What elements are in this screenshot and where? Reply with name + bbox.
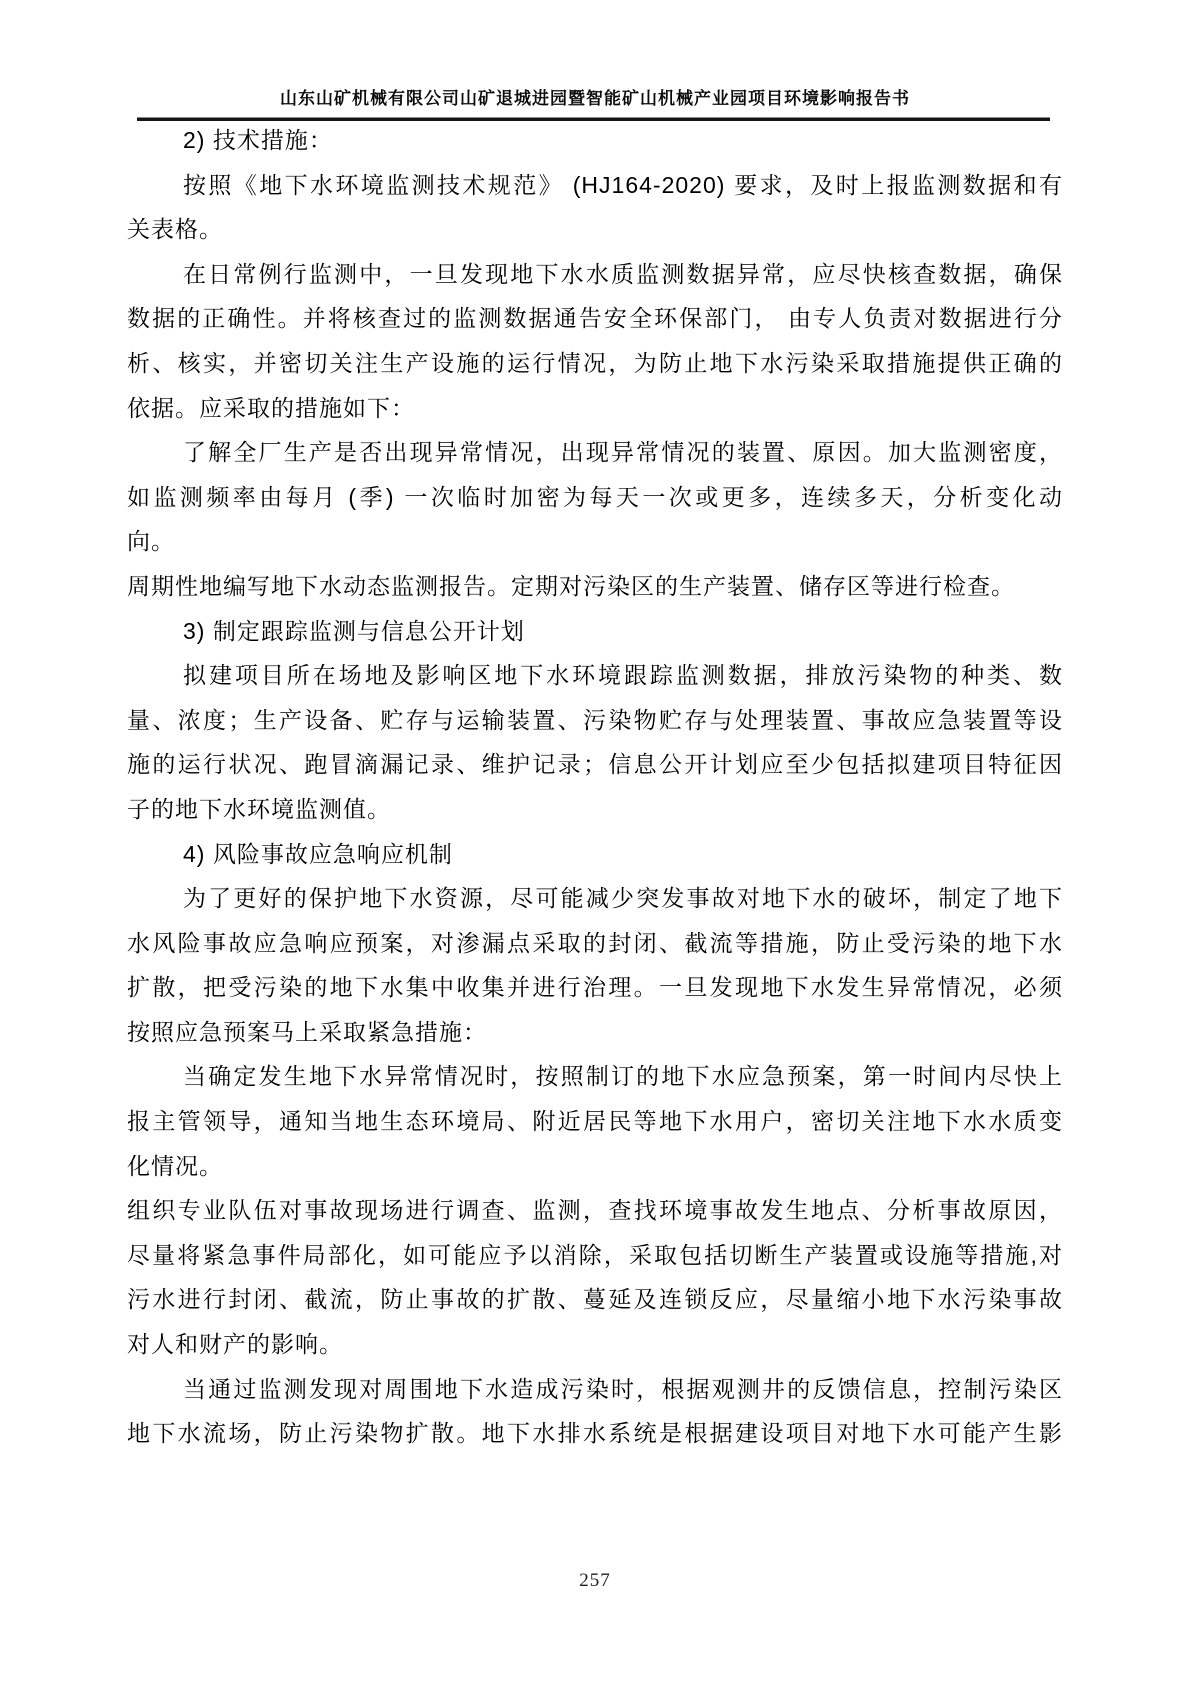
text-line: 污水进行封闭、截流，防止事故的扩散、蔓延及连锁反应，尽量缩小地下水污染事故: [127, 1277, 1063, 1322]
text-line: 数据的正确性。并将核查过的监测数据通告安全环保部门， 由专人负责对数据进行分: [127, 296, 1063, 341]
text-line: 依据。应采取的措施如下：: [127, 386, 1063, 431]
document-body: 2) 技术措施：按照《地下水环境监测技术规范》 (HJ164-2020) 要求，…: [127, 118, 1063, 1456]
text-line: 向。: [127, 519, 1063, 564]
text-line: 扩散，把受污染的地下水集中收集并进行治理。一旦发现地下水发生异常情况，必须: [127, 965, 1063, 1010]
text-line: 量、浓度；生产设备、贮存与运输装置、污染物贮存与处理装置、事故应急装置等设: [127, 698, 1063, 743]
text-line: 4) 风险事故应急响应机制: [127, 832, 1063, 877]
text-line: 子的地下水环境监测值。: [127, 787, 1063, 832]
text-line: 当确定发生地下水异常情况时，按照制订的地下水应急预案，第一时间内尽快上: [127, 1054, 1063, 1099]
text-line: 报主管领导，通知当地生态环境局、附近居民等地下水用户，密切关注地下水水质变: [127, 1099, 1063, 1144]
text-line: 对人和财产的影响。: [127, 1322, 1063, 1367]
text-line: 3) 制定跟踪监测与信息公开计划: [127, 609, 1063, 654]
text-line: 尽量将紧急事件局部化，如可能应予以消除，采取包括切断生产装置或设施等措施,对: [127, 1233, 1063, 1278]
page-number: 257: [579, 1570, 611, 1591]
page-footer: 257: [0, 1570, 1190, 1592]
text-line: 按照应急预案马上采取紧急措施：: [127, 1010, 1063, 1055]
text-line: 地下水流场，防止污染物扩散。地下水排水系统是根据建设项目对地下水可能产生影: [127, 1411, 1063, 1456]
text-line: 水风险事故应急响应预案，对渗漏点采取的封闭、截流等措施，防止受污染的地下水: [127, 921, 1063, 966]
header-title: 山东山矿机械有限公司山矿退城进园暨智能矿山机械产业园项目环境影响报告书: [280, 84, 910, 109]
text-line: 如监测频率由每月 (季) 一次临时加密为每天一次或更多，连续多天，分析变化动: [127, 475, 1063, 520]
text-line: 当通过监测发现对周围地下水造成污染时，根据观测井的反馈信息，控制污染区: [127, 1367, 1063, 1412]
text-line: 为了更好的保护地下水资源，尽可能减少突发事故对地下水的破坏，制定了地下: [127, 876, 1063, 921]
page-header: 山东山矿机械有限公司山矿退城进园暨智能矿山机械产业园项目环境影响报告书: [0, 84, 1190, 109]
text-line: 析、核实，并密切关注生产设施的运行情况，为防止地下水污染采取措施提供正确的: [127, 341, 1063, 386]
report-page: 山东山矿机械有限公司山矿退城进园暨智能矿山机械产业园项目环境影响报告书 2) 技…: [0, 0, 1190, 1683]
text-line: 关表格。: [127, 207, 1063, 252]
text-line: 2) 技术措施：: [127, 118, 1063, 163]
text-line: 施的运行状况、跑冒滴漏记录、维护记录；信息公开计划应至少包括拟建项目特征因: [127, 742, 1063, 787]
text-line: 了解全厂生产是否出现异常情况，出现异常情况的装置、原因。加大监测密度，: [127, 430, 1063, 475]
text-line: 拟建项目所在场地及影响区地下水环境跟踪监测数据，排放污染物的种类、数: [127, 653, 1063, 698]
text-line: 周期性地编写地下水动态监测报告。定期对污染区的生产装置、储存区等进行检查。: [127, 564, 1063, 609]
text-line: 在日常例行监测中，一旦发现地下水水质监测数据异常，应尽快核查数据，确保: [127, 252, 1063, 297]
text-line: 化情况。: [127, 1144, 1063, 1189]
text-line: 组织专业队伍对事故现场进行调查、监测，查找环境事故发生地点、分析事故原因，: [127, 1188, 1063, 1233]
text-line: 按照《地下水环境监测技术规范》 (HJ164-2020) 要求，及时上报监测数据…: [127, 163, 1063, 208]
